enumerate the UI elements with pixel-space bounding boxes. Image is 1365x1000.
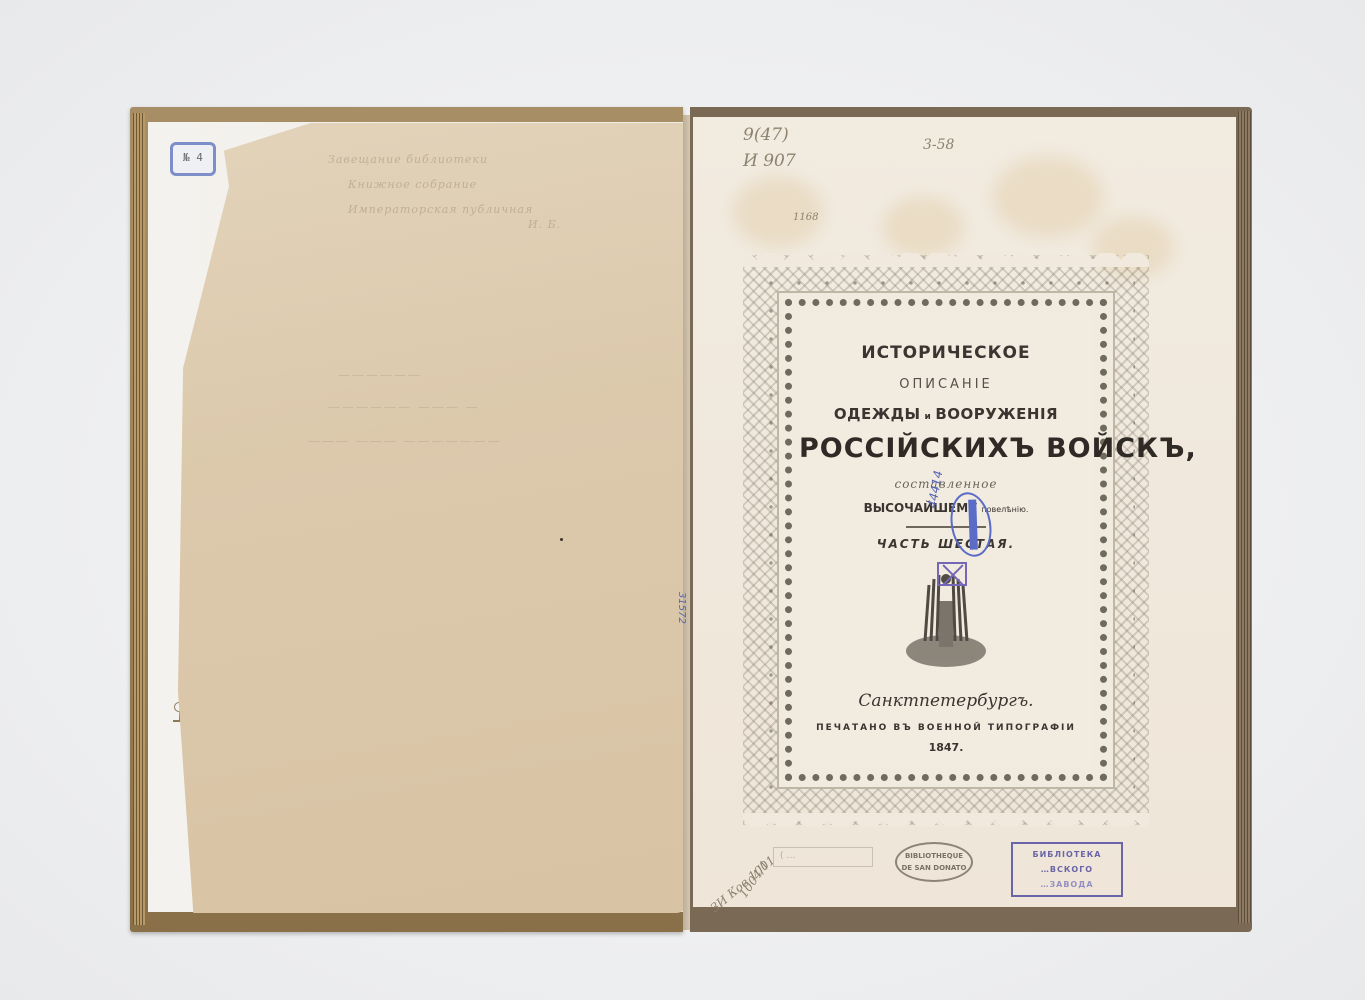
- flyleaf-inscription: Императорская публичная: [348, 203, 533, 216]
- vertical-inventory-number: 31572: [676, 592, 687, 624]
- title-page: 9(47) И 907 3-58 1168 31572 ИСТОРИЧЕСКОЕ…: [693, 117, 1236, 907]
- inner-frame: ИСТОРИЧЕСКОЕ ОПИСАНІЕ ОДЕЖДЫиВООРУЖЕНІЯ …: [777, 291, 1115, 789]
- cover-edge-gilt: [133, 113, 145, 925]
- ink-dot: [560, 538, 563, 541]
- title-line-3: ОДЕЖДЫиВООРУЖЕНІЯ: [799, 405, 1093, 423]
- pencil-note: 3-58: [923, 137, 954, 153]
- title-line-4: РОССІЙСКИХЪ ВОЙСКЪ,: [799, 433, 1093, 464]
- blue-x-stamp: [937, 562, 967, 586]
- san-donato-stamp: BIBLIOTHEQUE DE SAN DONATO: [895, 842, 973, 882]
- flyleaf-inscription: И. Б.: [528, 218, 561, 231]
- pencil-note: 1168: [793, 212, 818, 223]
- title-line-1: ИСТОРИЧЕСКОЕ: [799, 343, 1093, 363]
- pencil-shelfmark: И 907: [743, 151, 796, 171]
- imprint-year: 1847.: [799, 741, 1093, 754]
- imprint-city: Санктпетербургъ.: [799, 691, 1093, 711]
- flyleaf-inscription: Завещание библиотеки: [328, 153, 488, 166]
- title-line-5: составленное: [799, 477, 1093, 491]
- title-line-2: ОПИСАНІЕ: [799, 377, 1093, 392]
- show-through-text: ——— ——— ———————: [308, 434, 502, 448]
- ornamental-border: ИСТОРИЧЕСКОЕ ОПИСАНІЕ ОДЕЖДЫиВООРУЖЕНІЯ …: [743, 255, 1149, 825]
- show-through-text: —————— ——— —: [328, 400, 480, 414]
- monument-vignette-icon: [901, 571, 991, 671]
- imprint-printer: ПЕЧАТАНО ВЪ ВОЕННОЙ ТИПОГРАФІИ: [799, 723, 1093, 733]
- library-stamp: БИБЛІОТЕКА …ВСКОГО …ЗАВОДА: [1011, 842, 1123, 897]
- title-line-6: ВЫСОЧАЙШЕМУповелѣнію.: [799, 501, 1093, 515]
- open-book: № 4 Завещание библиотеки Книжное собрани…: [130, 107, 1252, 932]
- flyleaf-inscription: Книжное собрание: [348, 178, 477, 191]
- faded-rect-stamp: ( …: [773, 847, 873, 867]
- fore-edge: [1238, 111, 1252, 923]
- show-through-text: ——————: [338, 368, 422, 382]
- title-block: ИСТОРИЧЕСКОЕ ОПИСАНІЕ ОДЕЖДЫиВООРУЖЕНІЯ …: [799, 313, 1093, 767]
- library-label: № 4: [170, 142, 216, 176]
- volume-label: ЧАСТЬ ШЕСТАЯ.: [799, 537, 1093, 551]
- pencil-shelfmark: 9(47): [743, 125, 789, 145]
- flyleaf: Завещание библиотеки Книжное собрание Им…: [178, 123, 688, 913]
